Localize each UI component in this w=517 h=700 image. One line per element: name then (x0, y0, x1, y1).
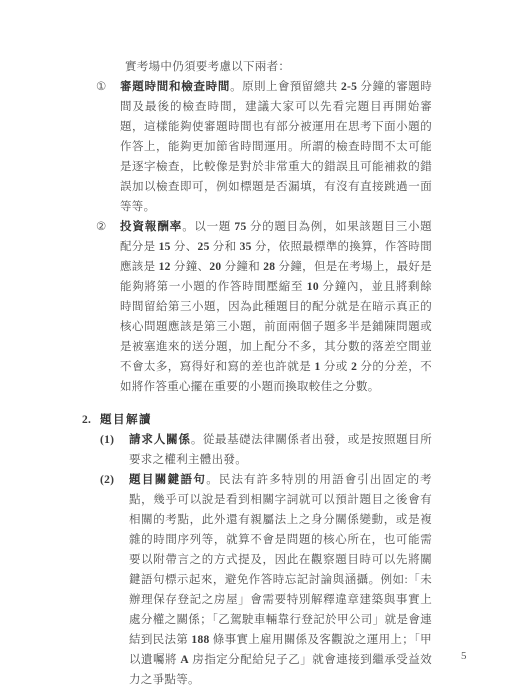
sub-item-1-text: 請求人關係。從最基礎法律關係者出發，或是按照題目所要求之權利主體出發。 (129, 430, 432, 470)
circled-list-item-2: ② 投資報酬率。以一題 75 分的題目為例，如果該題目三小題配分是 15 分、2… (82, 217, 432, 397)
page-number: 5 (461, 650, 467, 662)
sub-item-2-text: 題目關鍵語句。民法有許多特別的用語會引出固定的考點，幾乎可以說是看到相關字詞就可… (129, 470, 432, 690)
page-body: 實考場中仍須要考慮以下兩者： ① 審題時間和檢查時間。原則上會預留總共 2-5 … (82, 57, 432, 690)
document-page: 實考場中仍須要考慮以下兩者： ① 審題時間和檢查時間。原則上會預留總共 2-5 … (0, 0, 517, 700)
section-heading: 2. 題目解讀 (82, 410, 432, 430)
circled-item-1-text: 審題時間和檢查時間。原則上會預留總共 2-5 分鐘的審題時間及最後的檢查時間，建… (120, 77, 432, 217)
section-2: 2. 題目解讀 (1) 請求人關係。從最基礎法律關係者出發，或是按照題目所要求之… (82, 410, 432, 690)
section-title: 題目解讀 (100, 410, 152, 430)
sub-item-2: (2) 題目關鍵語句。民法有許多特別的用語會引出固定的考點，幾乎可以說是看到相關… (82, 470, 432, 690)
section-number: 2. (82, 410, 100, 430)
intro-line: 實考場中仍須要考慮以下兩者： (82, 57, 432, 77)
circled-list-item-1: ① 審題時間和檢查時間。原則上會預留總共 2-5 分鐘的審題時間及最後的檢查時間… (82, 77, 432, 217)
circled-number-1: ① (82, 77, 120, 217)
circled-number-2: ② (82, 217, 120, 397)
sub-item-1: (1) 請求人關係。從最基礎法律關係者出發，或是按照題目所要求之權利主體出發。 (82, 430, 432, 470)
circled-item-2-text: 投資報酬率。以一題 75 分的題目為例，如果該題目三小題配分是 15 分、25 … (120, 217, 432, 397)
sub-item-2-marker: (2) (82, 470, 129, 690)
sub-item-1-marker: (1) (82, 430, 129, 470)
